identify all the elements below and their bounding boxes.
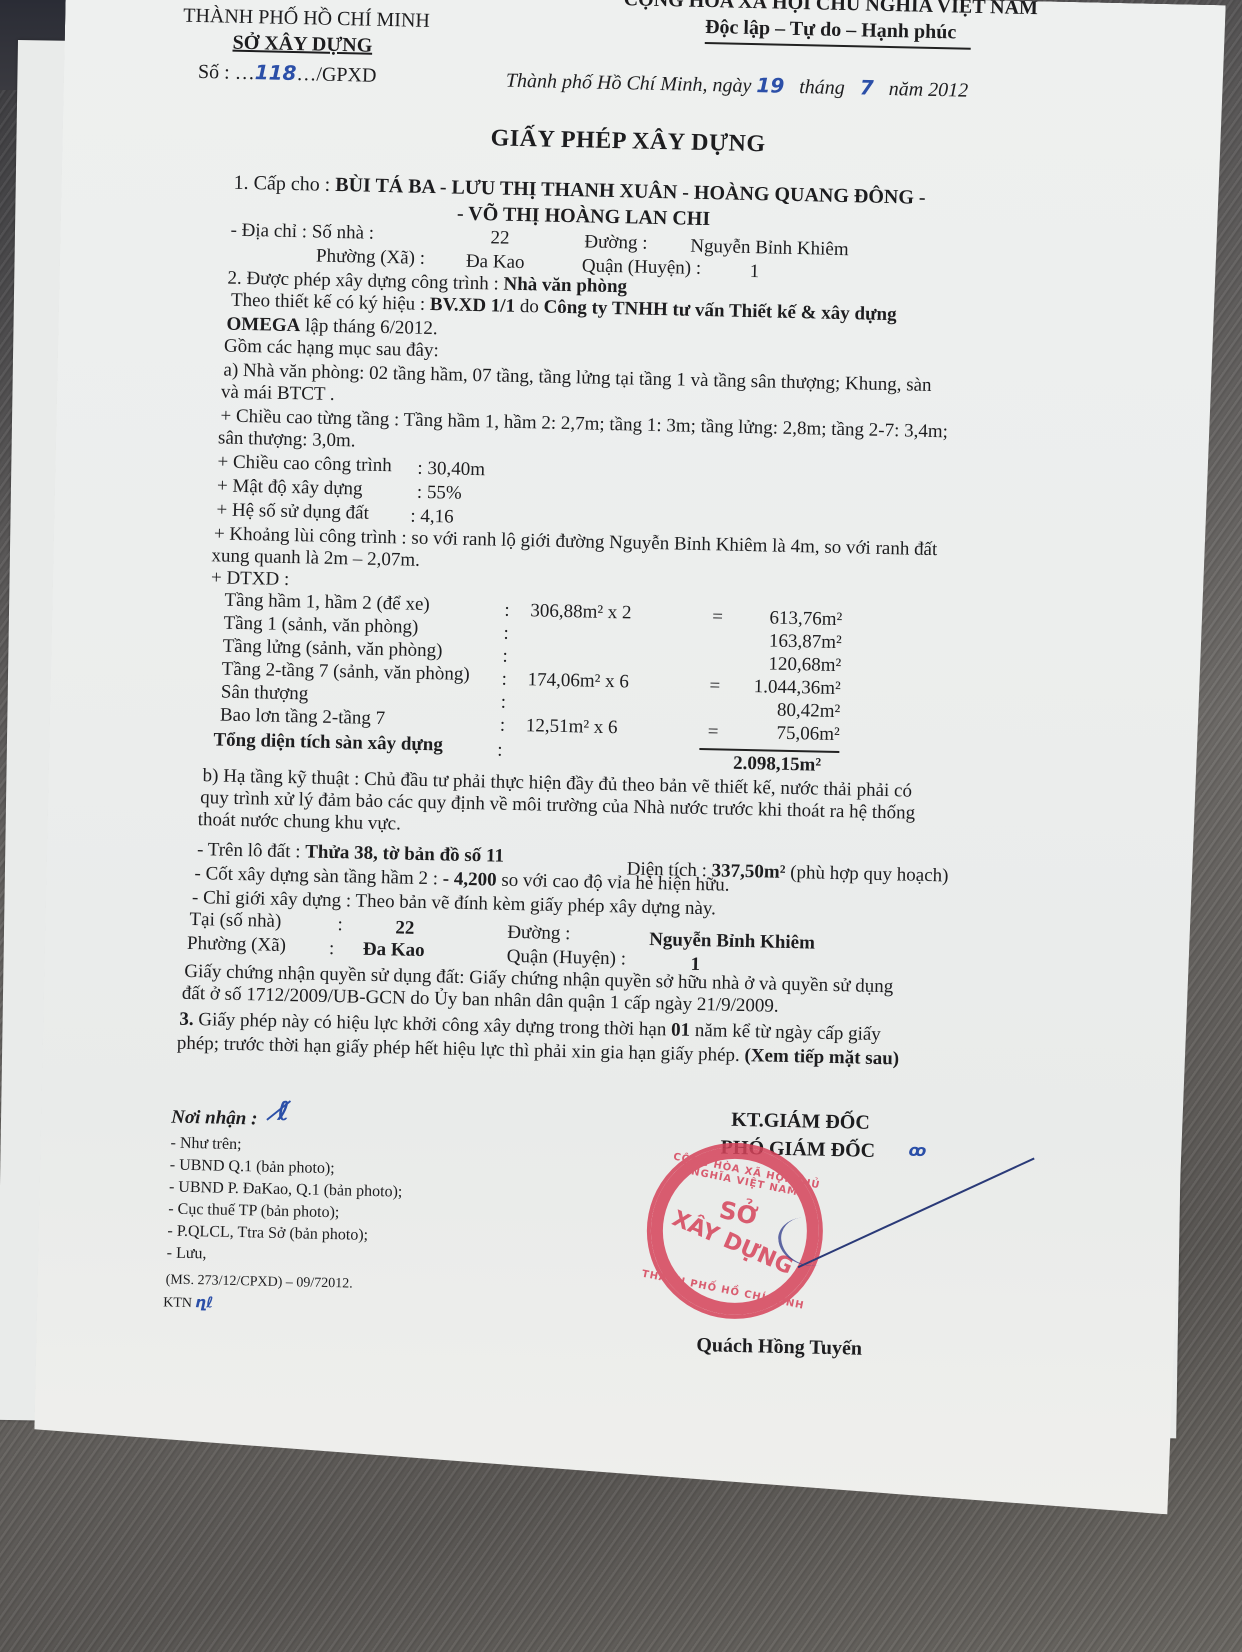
- area-row-result: 1.044,36m²: [754, 676, 841, 700]
- date-month-label: tháng: [799, 76, 845, 99]
- initial-mark-icon: ꝏ: [908, 1141, 926, 1160]
- area-row-colon: :: [501, 669, 507, 691]
- location-street-label: Đường :: [507, 922, 571, 945]
- recipient-item: - Lưu,: [167, 1245, 207, 1264]
- address-ward-label: Phường (Xã) :: [316, 246, 425, 270]
- area-row-colon: :: [504, 600, 510, 622]
- initial-signature-icon: ℓ̸: [277, 1097, 290, 1127]
- document-title: GIẤY PHÉP XÂY DỰNG: [490, 125, 766, 158]
- spec-height-value: : 30,40m: [417, 458, 485, 481]
- total-area-value: 2.098,15m²: [733, 753, 821, 777]
- area-row-equals: =: [709, 675, 720, 697]
- design-by: do: [520, 296, 539, 317]
- area-row-colon: :: [500, 692, 506, 714]
- header-department: SỞ XÂY DỰNG: [232, 32, 372, 58]
- permit-number-handwritten: 118: [254, 60, 296, 85]
- location-colon-2: :: [329, 938, 335, 960]
- area-row-colon: :: [502, 646, 508, 668]
- dtxd-label: + DTXD :: [211, 567, 290, 591]
- location-ward: Đa Kao: [363, 939, 425, 962]
- lot-label: - Trên lô đất :: [197, 839, 301, 862]
- address-street: Nguyễn Bỉnh Khiêm: [690, 236, 849, 261]
- location-district-label: Quận (Huyện) :: [507, 946, 627, 971]
- section1-grantees: 1. Cấp cho : BÙI TÁ BA - LƯU THỊ THANH X…: [233, 172, 925, 210]
- total-sum-rule: [699, 748, 839, 753]
- item-a-line2: và mái BTCT .: [221, 381, 335, 405]
- date-prefix: Thành phố Hồ Chí Minh, ngày: [506, 70, 752, 97]
- reference-code: (MS. 273/12/CPXD) – 09/72012.: [165, 1272, 352, 1292]
- address-street-label: Đường :: [584, 231, 648, 254]
- area-row-name: Sân thượng: [221, 682, 309, 706]
- location-ward-label: Phường (Xã): [187, 933, 286, 957]
- header-city: THÀNH PHỐ HỒ CHÍ MINH: [183, 5, 430, 33]
- area-row-name: Tầng 1 (sảnh, văn phòng): [223, 613, 418, 639]
- address-house-label: - Địa chỉ : Số nhà :: [230, 220, 374, 245]
- design-code: BV.XD 1/1: [430, 294, 516, 317]
- see-back-note: (Xem tiếp mặt sau): [744, 1045, 899, 1069]
- spec-far-value: : 4,16: [410, 506, 454, 529]
- area-row-result: 80,42m²: [777, 700, 841, 723]
- area-row-name: Tầng hầm 1, hầm 2 (để xe): [224, 590, 430, 616]
- area-row-equals: =: [708, 721, 719, 743]
- area-row-colon: :: [503, 623, 509, 645]
- permit-number-prefix: Số : …: [198, 61, 255, 84]
- area-row-calc: 174,06m² x 6: [527, 669, 629, 693]
- items-intro: Gồm các hạng mục sau đây:: [224, 336, 439, 363]
- section3-label: 3.: [179, 1009, 194, 1030]
- recipients-label: Nơi nhận :: [171, 1107, 258, 1131]
- location-house-no: 22: [395, 917, 414, 939]
- recipient-item: - Như trên;: [170, 1135, 241, 1155]
- spec-density-label: + Mật độ xây dựng: [217, 475, 363, 500]
- area-row-result: 75,06m²: [776, 723, 840, 746]
- grantees-line1: BÙI TÁ BA - LƯU THỊ THANH XUÂN - HOÀNG Q…: [335, 174, 926, 209]
- address-district: 1: [750, 261, 760, 283]
- basement-level-label: - Cốt xây dựng sàn tầng hầm 2 :: [194, 863, 438, 889]
- area-row-result: 163,87m²: [769, 630, 842, 654]
- ktn-label: KTN ղℓ: [163, 1292, 213, 1312]
- design-prefix: Theo thiết kế có ký hiệu :: [231, 290, 426, 315]
- lot-area-note: (phù hợp quy hoạch): [790, 862, 949, 886]
- spec-density-value: : 55%: [417, 482, 462, 505]
- area-row-result: 613,76m²: [769, 608, 842, 632]
- location-colon-1: :: [337, 914, 343, 936]
- area-row-colon: :: [500, 715, 506, 737]
- permit-number: Số : …118…/GPXD: [198, 59, 377, 88]
- signer-name: Quách Hồng Tuyến: [696, 1334, 862, 1361]
- header-motto: Độc lập – Tự do – Hạnh phúc: [705, 16, 957, 44]
- spec-far-label: + Hệ số sử dụng đất: [216, 499, 369, 524]
- total-area-colon: :: [497, 740, 503, 762]
- design-company-omega: OMEGA: [226, 314, 300, 337]
- recipient-item: - UBND Q.1 (bản photo);: [170, 1157, 335, 1179]
- project-type: Nhà văn phòng: [503, 274, 627, 298]
- design-company: Công ty TNHH tư vấn Thiết kế & xây dựng: [543, 296, 896, 325]
- recipient-item: - Cục thuế TP (bản photo);: [168, 1201, 339, 1223]
- floor-heights-line2: sân thượng: 3,0m.: [218, 427, 356, 452]
- section3-text-b: năm kể từ ngày cấp giấy: [695, 1020, 881, 1045]
- total-area-label: Tổng diện tích sàn xây dựng: [213, 729, 443, 756]
- design-date: lập tháng 6/2012.: [305, 315, 438, 339]
- validity-years: 01: [671, 1019, 690, 1040]
- section1-label: 1. Cấp cho :: [233, 172, 330, 196]
- area-row-calc: 12,51m² x 6: [526, 715, 618, 739]
- permit-number-suffix: …/GPXD: [296, 63, 376, 87]
- area-row-equals: =: [712, 606, 723, 628]
- recipient-item: - UBND P. ĐaKao, Q.1 (bản photo);: [169, 1179, 403, 1202]
- ktn-initials-icon: ղℓ: [195, 1293, 213, 1311]
- location-street: Nguyễn Bỉnh Khiêm: [649, 929, 815, 955]
- date-day: 19: [756, 73, 784, 98]
- basement-level-value: - 4,200: [443, 868, 497, 890]
- basement-level-note: so với cao độ vỉa hè hiện hữu.: [501, 870, 730, 896]
- address-house-no: 22: [490, 227, 509, 249]
- ktn-text: KTN: [163, 1295, 192, 1311]
- recipient-item: - P.QLCL, Ttra Sở (bản photo);: [167, 1223, 368, 1245]
- area-row-result: 120,68m²: [768, 653, 841, 677]
- header-nation: CỘNG HÒA XÃ HỘI CHỦ NGHĨA VIỆT NAM: [623, 0, 1038, 20]
- area-row-calc: 306,88m² x 2: [530, 600, 632, 624]
- location-house-label: Tại (số nhà): [189, 909, 281, 933]
- construction-permit-document: THÀNH PHỐ HỒ CHÍ MINH SỞ XÂY DỰNG Số : ……: [33, 0, 1226, 1515]
- issue-date: Thành phố Hồ Chí Minh, ngày 19 tháng 7 n…: [506, 68, 969, 103]
- signature-title-1: KT.GIÁM ĐỐC: [731, 1109, 870, 1135]
- address-ward: Đa Kao: [466, 251, 525, 274]
- item-b-line3: thoát nước chung khu vực.: [197, 809, 401, 835]
- date-month: 7: [860, 75, 874, 99]
- spec-height-label: + Chiều cao công trình: [217, 451, 392, 477]
- lot-value: Thửa 38, tờ bản đồ số 11: [305, 841, 504, 866]
- area-row-name: Bao lơn tầng 2-tầng 7: [220, 705, 386, 731]
- date-year: năm 2012: [888, 78, 968, 102]
